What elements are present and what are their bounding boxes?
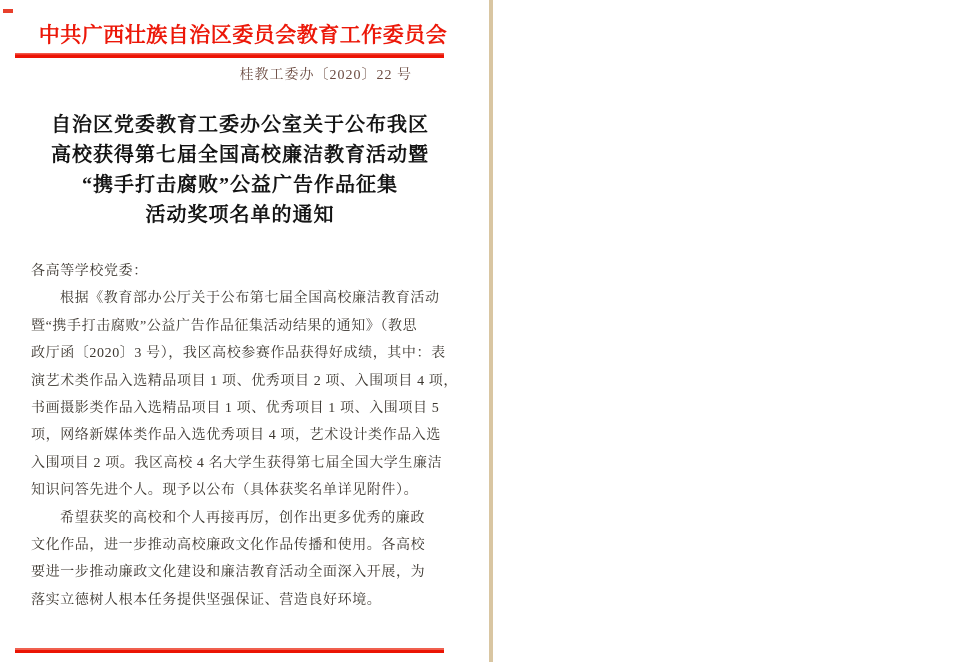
title-line: 自治区党委教育工委办公室关于公布我区 bbox=[30, 110, 450, 140]
body-line: 入围项目 2 项。我区高校 4 名大学生获得第七届全国大学生廉洁 bbox=[31, 450, 451, 477]
notice-body: 各高等学校党委： 根据《教育部办公厅关于公布第七届全国高校廉洁教育活动 暨“携手… bbox=[31, 258, 451, 614]
scan-artifact-mark bbox=[3, 9, 13, 13]
body-line: 文化作品，进一步推动高校廉政文化作品传播和使用。各高校 bbox=[31, 532, 451, 559]
body-line: 暨“携手打击腐败”公益广告作品征集活动结果的通知》（教思 bbox=[31, 313, 451, 340]
footer-rule bbox=[15, 648, 444, 653]
doc-number: 桂教工委办〔2020〕22 号 bbox=[30, 64, 412, 84]
body-line: 各高等学校党委： bbox=[31, 258, 451, 285]
letterhead-rule bbox=[15, 53, 444, 58]
page-left: 中共广西壮族自治区委员会教育工作委员会 桂教工委办〔2020〕22 号 自治区党… bbox=[0, 0, 489, 662]
letterhead-title: 中共广西壮族自治区委员会教育工作委员会 bbox=[28, 19, 458, 49]
body-line: 根据《教育部办公厅关于公布第七届全国高校廉洁教育活动 bbox=[31, 285, 451, 312]
body-line: 要进一步推动廉政文化建设和廉洁教育活动全面深入开展，为 bbox=[31, 559, 451, 586]
body-line: 演艺术类作品入选精品项目 1 项、优秀项目 2 项、入围项目 4 项， bbox=[31, 368, 451, 395]
notice-title: 自治区党委教育工委办公室关于公布我区 高校获得第七届全国高校廉洁教育活动暨 “携… bbox=[30, 110, 450, 230]
title-line: “携手打击腐败”公益广告作品征集 bbox=[30, 170, 450, 200]
body-line: 项，网络新媒体类作品入选优秀项目 4 项，艺术设计类作品入选 bbox=[31, 422, 451, 449]
body-line: 政厅函〔2020〕3 号），我区高校参赛作品获得好成绩，其中：表 bbox=[31, 340, 451, 367]
body-line: 知识问答先进个人。现予以公布（具体获奖名单详见附件）。 bbox=[31, 477, 451, 504]
title-line: 活动奖项名单的通知 bbox=[30, 200, 450, 230]
page-right: 附件：1.我区高校获得第七届全国高校廉洁教育活动暨 “携手打击腐败”公益广告作品… bbox=[494, 0, 980, 662]
body-line: 书画摄影类作品入选精品项目 1 项、优秀项目 1 项、入围项目 5 bbox=[31, 395, 451, 422]
body-line: 落实立德树人根本任务提供坚强保证、营造良好环境。 bbox=[31, 587, 451, 614]
scanned-official-notice: 中共广西壮族自治区委员会教育工作委员会 桂教工委办〔2020〕22 号 自治区党… bbox=[0, 0, 980, 662]
page-divider bbox=[489, 0, 493, 662]
body-line: 希望获奖的高校和个人再接再厉，创作出更多优秀的廉政 bbox=[31, 505, 451, 532]
title-line: 高校获得第七届全国高校廉洁教育活动暨 bbox=[30, 140, 450, 170]
